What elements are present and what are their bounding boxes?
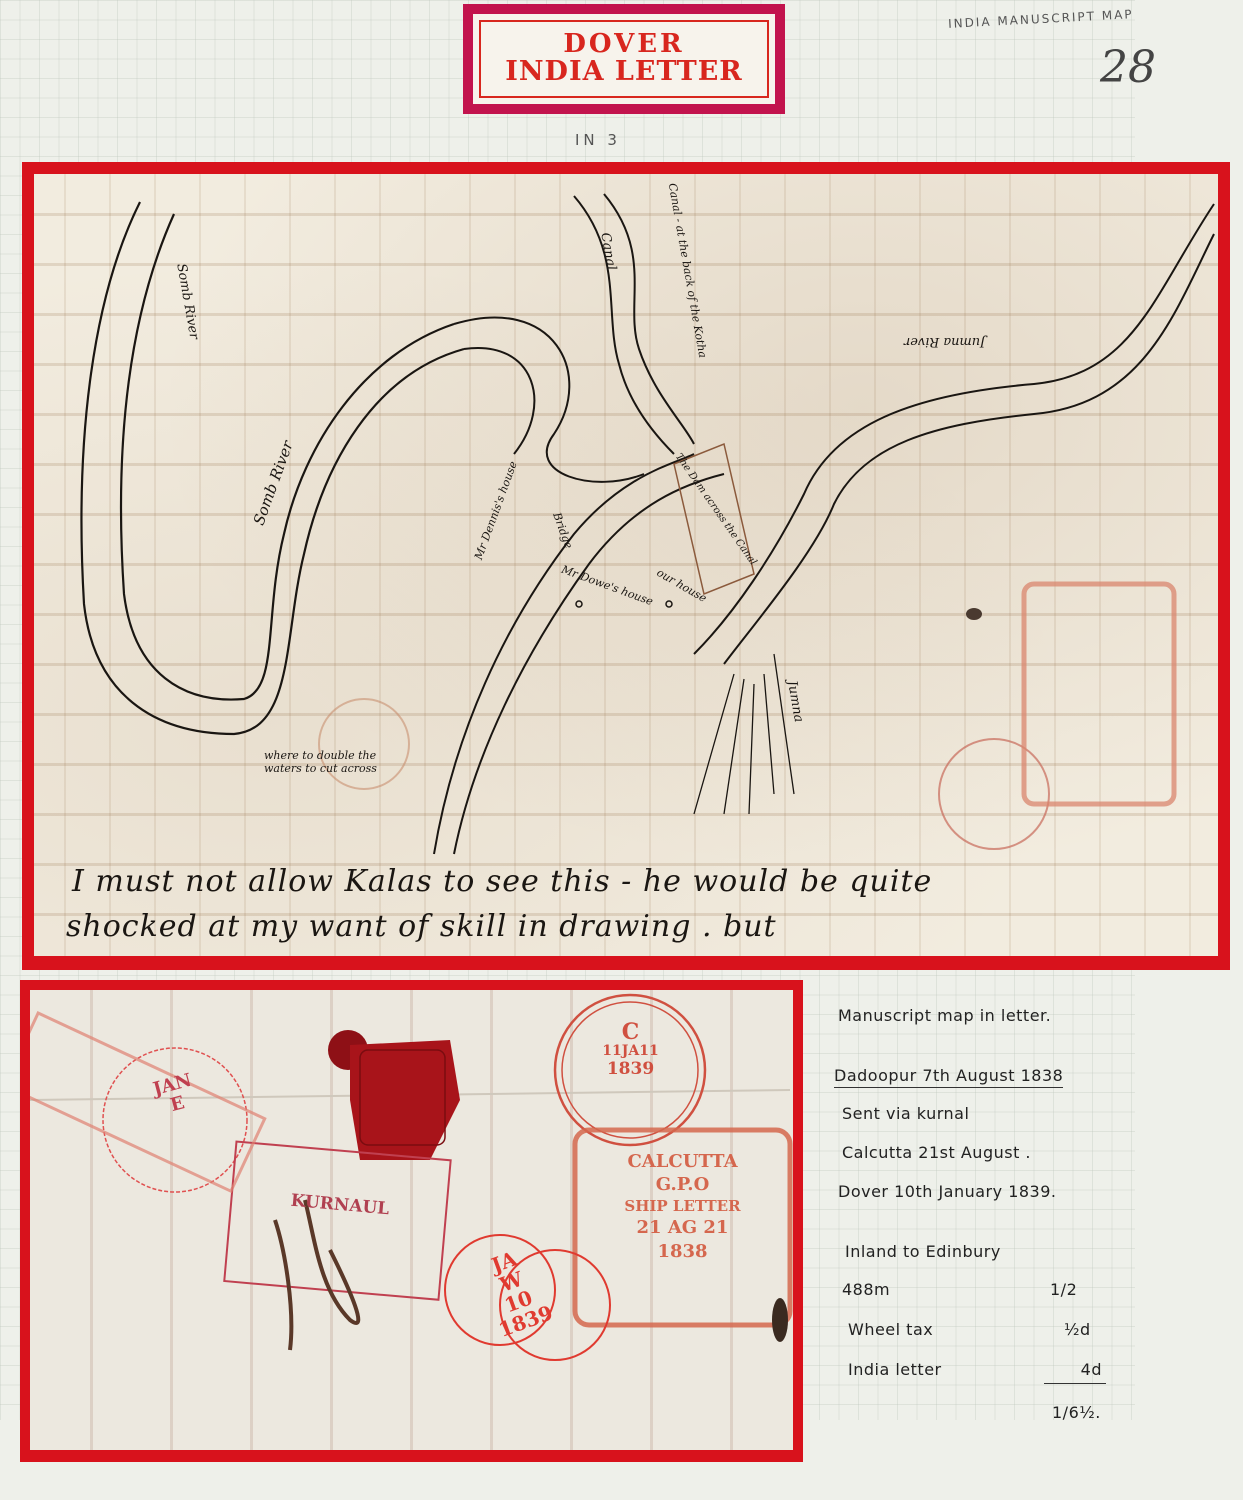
cover-mount: C 11JA11 1839 CALCUTTA G.P.O SHIP LETTER…: [20, 980, 803, 1462]
map-letter-mount: Somb River Somb River Canal Canal - at t…: [22, 162, 1230, 970]
calcutta-line-3: SHIP LETTER: [580, 1197, 785, 1217]
description-route-1: Sent via kurnal: [842, 1104, 969, 1123]
postmark-calcutta-ship-letter: CALCUTTA G.P.O SHIP LETTER 21 AG 21 1838: [580, 1150, 785, 1263]
charge-value-2: ½d: [1064, 1320, 1091, 1339]
description-origin: Dadoopur 7th August 1838: [834, 1066, 1063, 1088]
manuscript-map-drawing: [34, 174, 1218, 956]
letter-text-line-1: I must not allow Kalas to see this - he …: [72, 864, 932, 899]
description-route-3: Dover 10th January 1839.: [838, 1182, 1057, 1201]
postmark-c-1839: C 11JA11 1839: [593, 1020, 668, 1078]
calcutta-line-5: 1838: [580, 1240, 785, 1263]
dover-india-letter-label: DOVER INDIA LETTER: [463, 4, 785, 114]
postmark-c-date: 11JA11: [593, 1044, 668, 1059]
cover-paper: C 11JA11 1839 CALCUTTA G.P.O SHIP LETTER…: [30, 990, 793, 1450]
postmark-c-letter: C: [593, 1020, 668, 1044]
label-frame: DOVER INDIA LETTER: [479, 20, 769, 98]
map-label-crossing-note: where to double the waters to cut across: [264, 749, 404, 775]
map-letter-paper: Somb River Somb River Canal Canal - at t…: [34, 174, 1218, 956]
label-line-2: INDIA LETTER: [505, 58, 743, 86]
reference-code: IN 3: [575, 131, 621, 149]
calcutta-line-4: 21 AG 21: [580, 1216, 785, 1239]
letter-text-line-2: shocked at my want of skill in drawing .…: [66, 909, 777, 944]
description-title: Manuscript map in letter.: [838, 1006, 1051, 1025]
map-label-jumna-river: Jumna River: [904, 334, 985, 349]
description-route-2: Calcutta 21st August .: [842, 1143, 1031, 1162]
calcutta-line-2: G.P.O: [580, 1173, 785, 1196]
postmark-c-year: 1839: [593, 1060, 668, 1079]
charge-value-3: 4d: [1044, 1360, 1106, 1384]
label-inner: DOVER INDIA LETTER: [473, 14, 775, 104]
label-line-1: DOVER: [563, 31, 684, 58]
charge-label-1: 488m: [842, 1280, 890, 1299]
description-inland: Inland to Edinbury: [845, 1242, 1001, 1261]
charge-value-1: 1/2: [1050, 1280, 1077, 1299]
calcutta-line-1: CALCUTTA: [580, 1150, 785, 1173]
charge-label-3: India letter: [848, 1360, 942, 1379]
page-number: 28: [1100, 42, 1156, 93]
charge-total: 1/6½.: [1052, 1403, 1101, 1422]
charge-label-2: Wheel tax: [848, 1320, 933, 1339]
